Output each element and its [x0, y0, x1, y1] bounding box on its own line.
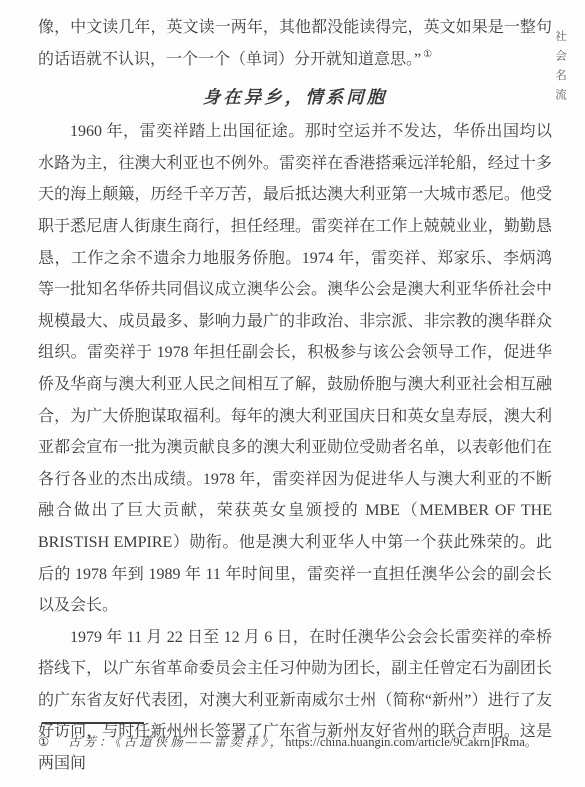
- footnote-text: 古芳：《古道侠肠——雷奕祥》，https://china.huangin.com…: [68, 733, 537, 752]
- book-page: 社会名流 像，中文读几年，英文读一两年，其他都没能读得完，英文如果是一整句的话语…: [0, 0, 585, 787]
- footnote-separator-rule: [42, 722, 144, 724]
- body-paragraph-1: 1960 年，雷奕祥踏上出国征途。那时空运并不发达，华侨出国均以水路为主，往澳大…: [38, 116, 552, 622]
- intro-paragraph-text: 像，中文读几年，英文读一两年，其他都没能读得完，英文如果是一整句的话语就不认识，…: [38, 19, 552, 68]
- footnote: ① 古芳：《古道侠肠——雷奕祥》，https://china.huangin.c…: [38, 733, 552, 752]
- footnote-url: https://china.huangin.com/article/9Cakrn…: [285, 735, 537, 749]
- footnote-marker: ①: [38, 733, 68, 752]
- margin-vertical-label: 社会名流: [552, 30, 568, 108]
- footnote-source-title: 古芳：《古道侠肠——雷奕祥》，: [68, 735, 285, 749]
- intro-paragraph: 像，中文读几年，英文读一两年，其他都没能读得完，英文如果是一整句的话语就不认识，…: [38, 12, 552, 75]
- footnote-area: ① 古芳：《古道侠肠——雷奕祥》，https://china.huangin.c…: [38, 722, 552, 752]
- body-paragraph-2: 1979 年 11 月 22 日至 12 月 6 日，在时任澳华公会会长雷奕祥的…: [38, 622, 552, 780]
- footnote-reference-mark: ①: [423, 49, 432, 60]
- section-heading: 身在异乡，情系同胞: [38, 82, 552, 112]
- text-column: 像，中文读几年，英文读一两年，其他都没能读得完，英文如果是一整句的话语就不认识，…: [38, 12, 552, 780]
